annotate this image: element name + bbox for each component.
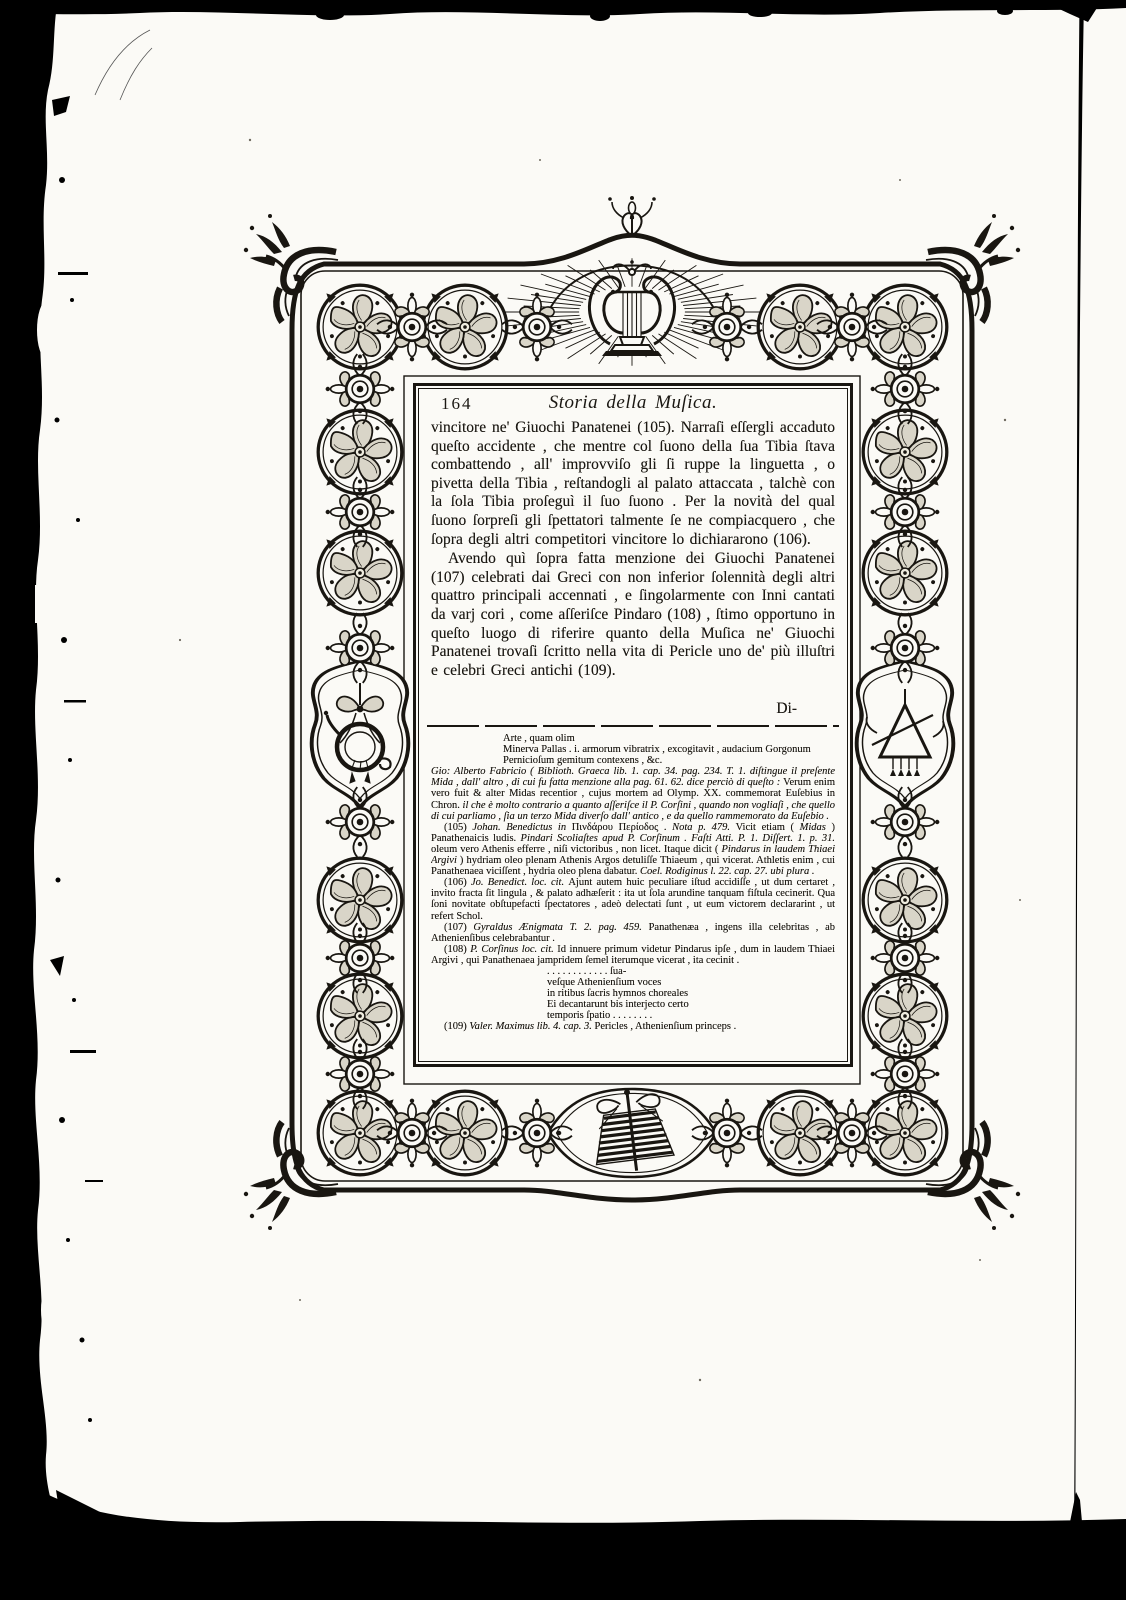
page-header: 164 Storia della Muſica.: [431, 392, 835, 416]
scan-edge-top: [0, 0, 1126, 16]
footnote-verse-line: in ritibus ſacris hymnos choreales: [431, 988, 835, 999]
footnote-109: (109) Valer. Maximus lib. 4. cap. 3. Per…: [431, 1021, 835, 1032]
body-paragraph: vincitore ne' Giuochi Panatenei (105). N…: [431, 419, 835, 549]
scan-edge-bottom: [0, 1470, 1126, 1600]
page-number: 164: [441, 394, 473, 414]
footnote-107: (107) Gyraldus Ænigmata T. 2. pag. 459. …: [431, 922, 835, 944]
scan-speckles: [55, 177, 104, 1422]
footnote-verse-line: Ei decantarunt bis interjecto certo: [431, 999, 835, 1010]
body-text-zone: vincitore ne' Giuochi Panatenei (105). N…: [431, 419, 835, 719]
footnote-separator-rule: [427, 725, 839, 727]
footnote-108: (108) P. Corſinus loc. cit. Id innuere p…: [431, 944, 835, 966]
lyre-icon: [590, 260, 675, 356]
footnote-106: (106) Jo. Benedict. loc. cit. Ajunt aute…: [431, 877, 835, 921]
footnote-verse-line: Pernicioſum gemitum contexens , &c.: [431, 755, 835, 766]
panpipes-cartouche: [548, 1085, 716, 1177]
body-paragraph: Avendo quì ſopra fatta menzione dei Giuo…: [431, 550, 835, 680]
footnote-verse-line: Arte , quam olim: [431, 733, 835, 744]
footnote-verse-line: veſque Athenienſium voces: [431, 977, 835, 988]
running-title: Storia della Muſica.: [549, 392, 718, 413]
catchword: Di-: [776, 700, 797, 719]
horn-cartouche: [312, 661, 409, 807]
triangle-cartouche: [857, 661, 954, 807]
footnote-verse-line: Minerva Pallas . i. armorum vibratrix , …: [431, 744, 835, 755]
footnote-verse-line: . . . . . . . . . . . . ſua-: [431, 966, 835, 977]
scan-edge-left: [0, 0, 60, 1600]
footnote-105: (105) Johan. Benedictus in Πινδάρου Περί…: [431, 822, 835, 877]
scanned-book-page: { "page": { "number": "164", "running_ti…: [0, 0, 1126, 1600]
text-panel: 164 Storia della Muſica. vincitore ne' G…: [413, 383, 853, 1067]
footnote-fabricio: Gio: Alberto Fabricio ( Biblioth. Graeca…: [431, 766, 835, 821]
scan-edge-right-line: [1074, 0, 1084, 1522]
crest-finial-icon: [608, 196, 656, 236]
footnote-verse-line: temporis ſpatio . . . . . . . .: [431, 1010, 835, 1021]
footnotes-zone: Arte , quam olim Minerva Pallas . i. arm…: [431, 733, 835, 1059]
scratch-hairlines: [95, 30, 152, 100]
text-panel-inner-rule: 164 Storia della Muſica. vincitore ne' G…: [418, 388, 848, 1062]
